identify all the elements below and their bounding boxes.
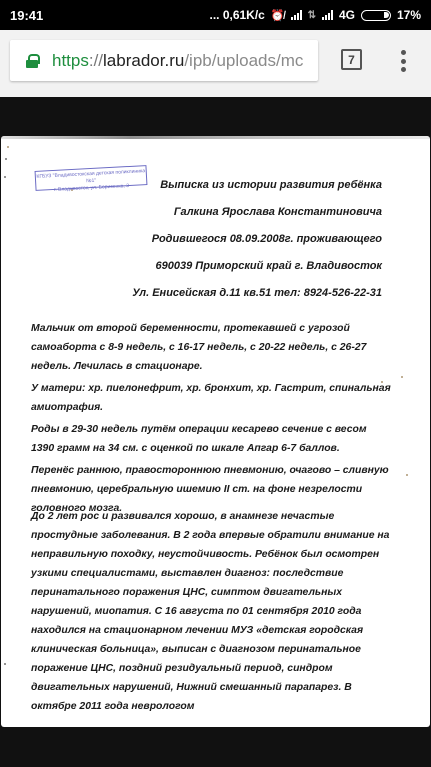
dot xyxy=(401,67,406,72)
paragraph-pregnancy: Мальчик от второй беременности, протекав… xyxy=(31,319,391,376)
battery-icon xyxy=(361,10,391,21)
paragraph-mother: У матери: хр. пиелонефрит, хр. бронхит, … xyxy=(31,379,391,417)
paragraph-birth: Роды в 29-30 недель путём операции кесар… xyxy=(31,420,391,458)
overflow-menu-button[interactable] xyxy=(397,48,409,74)
street-phone-line: Ул. Енисейская д.11 кв.51 тел: 8924-526-… xyxy=(30,287,430,299)
url-host: labrador.ru xyxy=(103,51,184,71)
document-viewer[interactable]: КГБУЗ "Владивостокская детская поликлини… xyxy=(0,97,431,767)
url-scheme: https xyxy=(52,51,89,71)
scan-speck xyxy=(406,474,408,476)
scan-speck xyxy=(5,158,7,160)
scan-edge xyxy=(1,136,430,139)
alarm-off-icon: ⏰̸ xyxy=(271,9,285,22)
dot xyxy=(401,59,406,64)
signal-icon xyxy=(291,10,302,20)
dot xyxy=(401,50,406,55)
signal-icon-2 xyxy=(322,10,333,20)
network-speed: ... 0,61K/c xyxy=(209,8,264,22)
address-line: 690039 Приморский край г. Владивосток xyxy=(30,260,430,272)
lock-icon xyxy=(26,54,38,68)
patient-name: Галкина Ярослава Константиновича xyxy=(30,206,430,218)
birth-line: Родившегося 08.09.2008г. проживающего xyxy=(30,233,430,245)
scan-speck xyxy=(4,176,6,178)
address-bar[interactable]: https://labrador.ru/ipb/uploads/mc xyxy=(10,40,318,81)
network-type: 4G xyxy=(339,8,355,22)
scan-speck xyxy=(401,376,403,378)
scan-speck xyxy=(4,663,6,665)
tab-switcher-button[interactable]: 7 xyxy=(341,49,362,70)
tab-count: 7 xyxy=(348,53,355,67)
paragraph-history: До 2 лет рос и развивался хорошо, в анам… xyxy=(31,507,391,716)
status-bar: 19:41 ... 0,61K/c ⏰̸ ⇅ 4G 17% xyxy=(0,0,431,30)
scan-speck xyxy=(7,146,9,148)
url-separator: :// xyxy=(89,51,103,71)
status-time: 19:41 xyxy=(10,8,43,23)
battery-percent: 17% xyxy=(397,8,421,22)
scanned-document-page: КГБУЗ "Владивостокская детская поликлини… xyxy=(1,136,430,727)
url-path: /ipb/uploads/mc xyxy=(184,51,303,71)
document-title: Выписка из истории развития ребёнка xyxy=(30,179,430,191)
data-transfer-icon: ⇅ xyxy=(308,10,316,21)
browser-toolbar: https://labrador.ru/ipb/uploads/mc 7 xyxy=(0,30,431,97)
status-icons: ... 0,61K/c ⏰̸ ⇅ 4G 17% xyxy=(209,8,421,22)
